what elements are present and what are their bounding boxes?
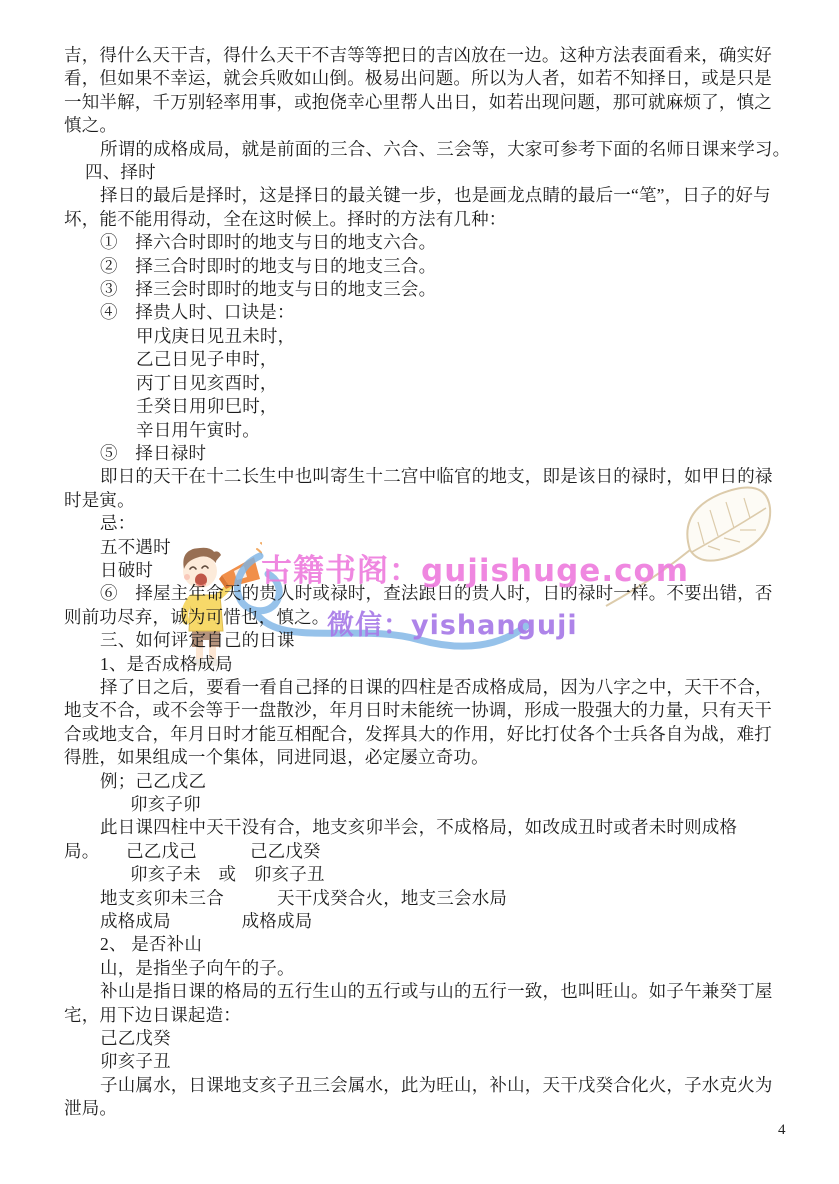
text-line: 四、择时 <box>64 161 780 184</box>
document-page: 吉，得什么天干吉，得什么天干不吉等等把日的吉凶放在一边。这种方法表面看来，确实好… <box>0 0 839 1184</box>
text-line: 日破时 <box>64 559 780 582</box>
text-line: 补山是指日课的格局的五行生山的五行或与山的五行一致，也叫旺山。如子午兼癸丁屋 <box>64 980 780 1003</box>
text-line: 地支亥卯未三合 天干戊癸合火，地支三会水局 <box>64 887 780 910</box>
text-line: 所谓的成格成局，就是前面的三合、六合、三会等，大家可参考下面的名师日课来学习。 <box>64 138 780 161</box>
text-line: 坏，能不能用得动，全在这时候上。择时的方法有几种： <box>64 208 780 231</box>
text-line: 看，但如果不幸运，就会兵败如山倒。极易出问题。所以为人者，如若不知择日，或是只是 <box>64 67 780 90</box>
text-line: 例；己乙戊乙 <box>64 770 780 793</box>
text-line: 丙丁日见亥酉时， <box>64 372 780 395</box>
text-line: 五不遇时 <box>64 536 780 559</box>
text-line: 地支不合，或不会等于一盘散沙，年月日时未能统一协调，形成一股强大的力量，只有天干 <box>64 699 780 722</box>
page-number: 4 <box>778 1122 786 1139</box>
text-line: 卯亥子丑 <box>64 1050 780 1073</box>
text-line: 局。 己乙戊己 己乙戊癸 <box>64 840 780 863</box>
text-line: 吉，得什么天干吉，得什么天干不吉等等把日的吉凶放在一边。这种方法表面看来，确实好 <box>64 44 780 67</box>
text-line: 乙己日见子申时， <box>64 348 780 371</box>
text-line: 慎之。 <box>64 114 780 137</box>
text-line: ⑥ 择屋主年命天的贵人时或禄时，查法跟日的贵人时，日的禄时一样。不要出错，否 <box>64 582 780 605</box>
text-line: ① 择六合时即时的地支与日的地支六合。 <box>64 231 780 254</box>
text-line: ② 择三合时即时的地支与日的地支三合。 <box>64 255 780 278</box>
text-line: 此日课四柱中天干没有合，地支亥卯半会，不成格局，如改成丑时或者未时则成格 <box>64 816 780 839</box>
text-line: 甲戊庚日见丑未时， <box>64 325 780 348</box>
text-line: 时是寅。 <box>64 489 780 512</box>
text-line: ⑤ 择日禄时 <box>64 442 780 465</box>
text-line: 即日的天干在十二长生中也叫寄生十二宫中临官的地支，即是该日的禄时，如甲日的禄 <box>64 465 780 488</box>
text-line: 泄局。 <box>64 1097 780 1120</box>
text-line: 子山属水，日课地支亥子丑三会属水，此为旺山，补山，天干戊癸合化火，子水克火为 <box>64 1074 780 1097</box>
text-line: 得胜，如果组成一个集体，同进同退，必定屡立奇功。 <box>64 746 780 769</box>
text-line: 壬癸日用卯巳时， <box>64 395 780 418</box>
text-line: 辛日用午寅时。 <box>64 419 780 442</box>
text-line: 三、如何评定自己的日课 <box>64 629 780 652</box>
text-line: 则前功尽弃，诚为可惜也，慎之。 <box>64 606 780 629</box>
text-line: 卯亥子卯 <box>64 793 780 816</box>
text-line: 合或地支合，年月日时才能互相配合，发挥具大的作用，好比打仗各个士兵各自为战，难打 <box>64 723 780 746</box>
text-line: 2、 是否补山 <box>64 933 780 956</box>
text-line: ③ 择三会时即时的地支与日的地支三会。 <box>64 278 780 301</box>
text-line: 成格成局 成格成局 <box>64 910 780 933</box>
text-line: 择了日之后，要看一看自己择的日课的四柱是否成格成局，因为八字之中，天干不合， <box>64 676 780 699</box>
text-line: 1、是否成格成局 <box>64 653 780 676</box>
text-line: 一知半解，千万别轻率用事，或抱侥幸心里帮人出日，如若出现问题，那可就麻烦了，慎之 <box>64 91 780 114</box>
text-line: 卯亥子未 或 卯亥子丑 <box>64 863 780 886</box>
document-text: 吉，得什么天干吉，得什么天干不吉等等把日的吉凶放在一边。这种方法表面看来，确实好… <box>64 44 780 1121</box>
text-line: 宅，用下边日课起造： <box>64 1004 780 1027</box>
text-line: 忌： <box>64 512 780 535</box>
text-line: 山，是指坐子向午的子。 <box>64 957 780 980</box>
text-line: ④ 择贵人时、口诀是： <box>64 301 780 324</box>
text-line: 己乙戊癸 <box>64 1027 780 1050</box>
text-line: 择日的最后是择时，这是择日的最关键一步，也是画龙点睛的最后一“笔”，日子的好与 <box>64 184 780 207</box>
